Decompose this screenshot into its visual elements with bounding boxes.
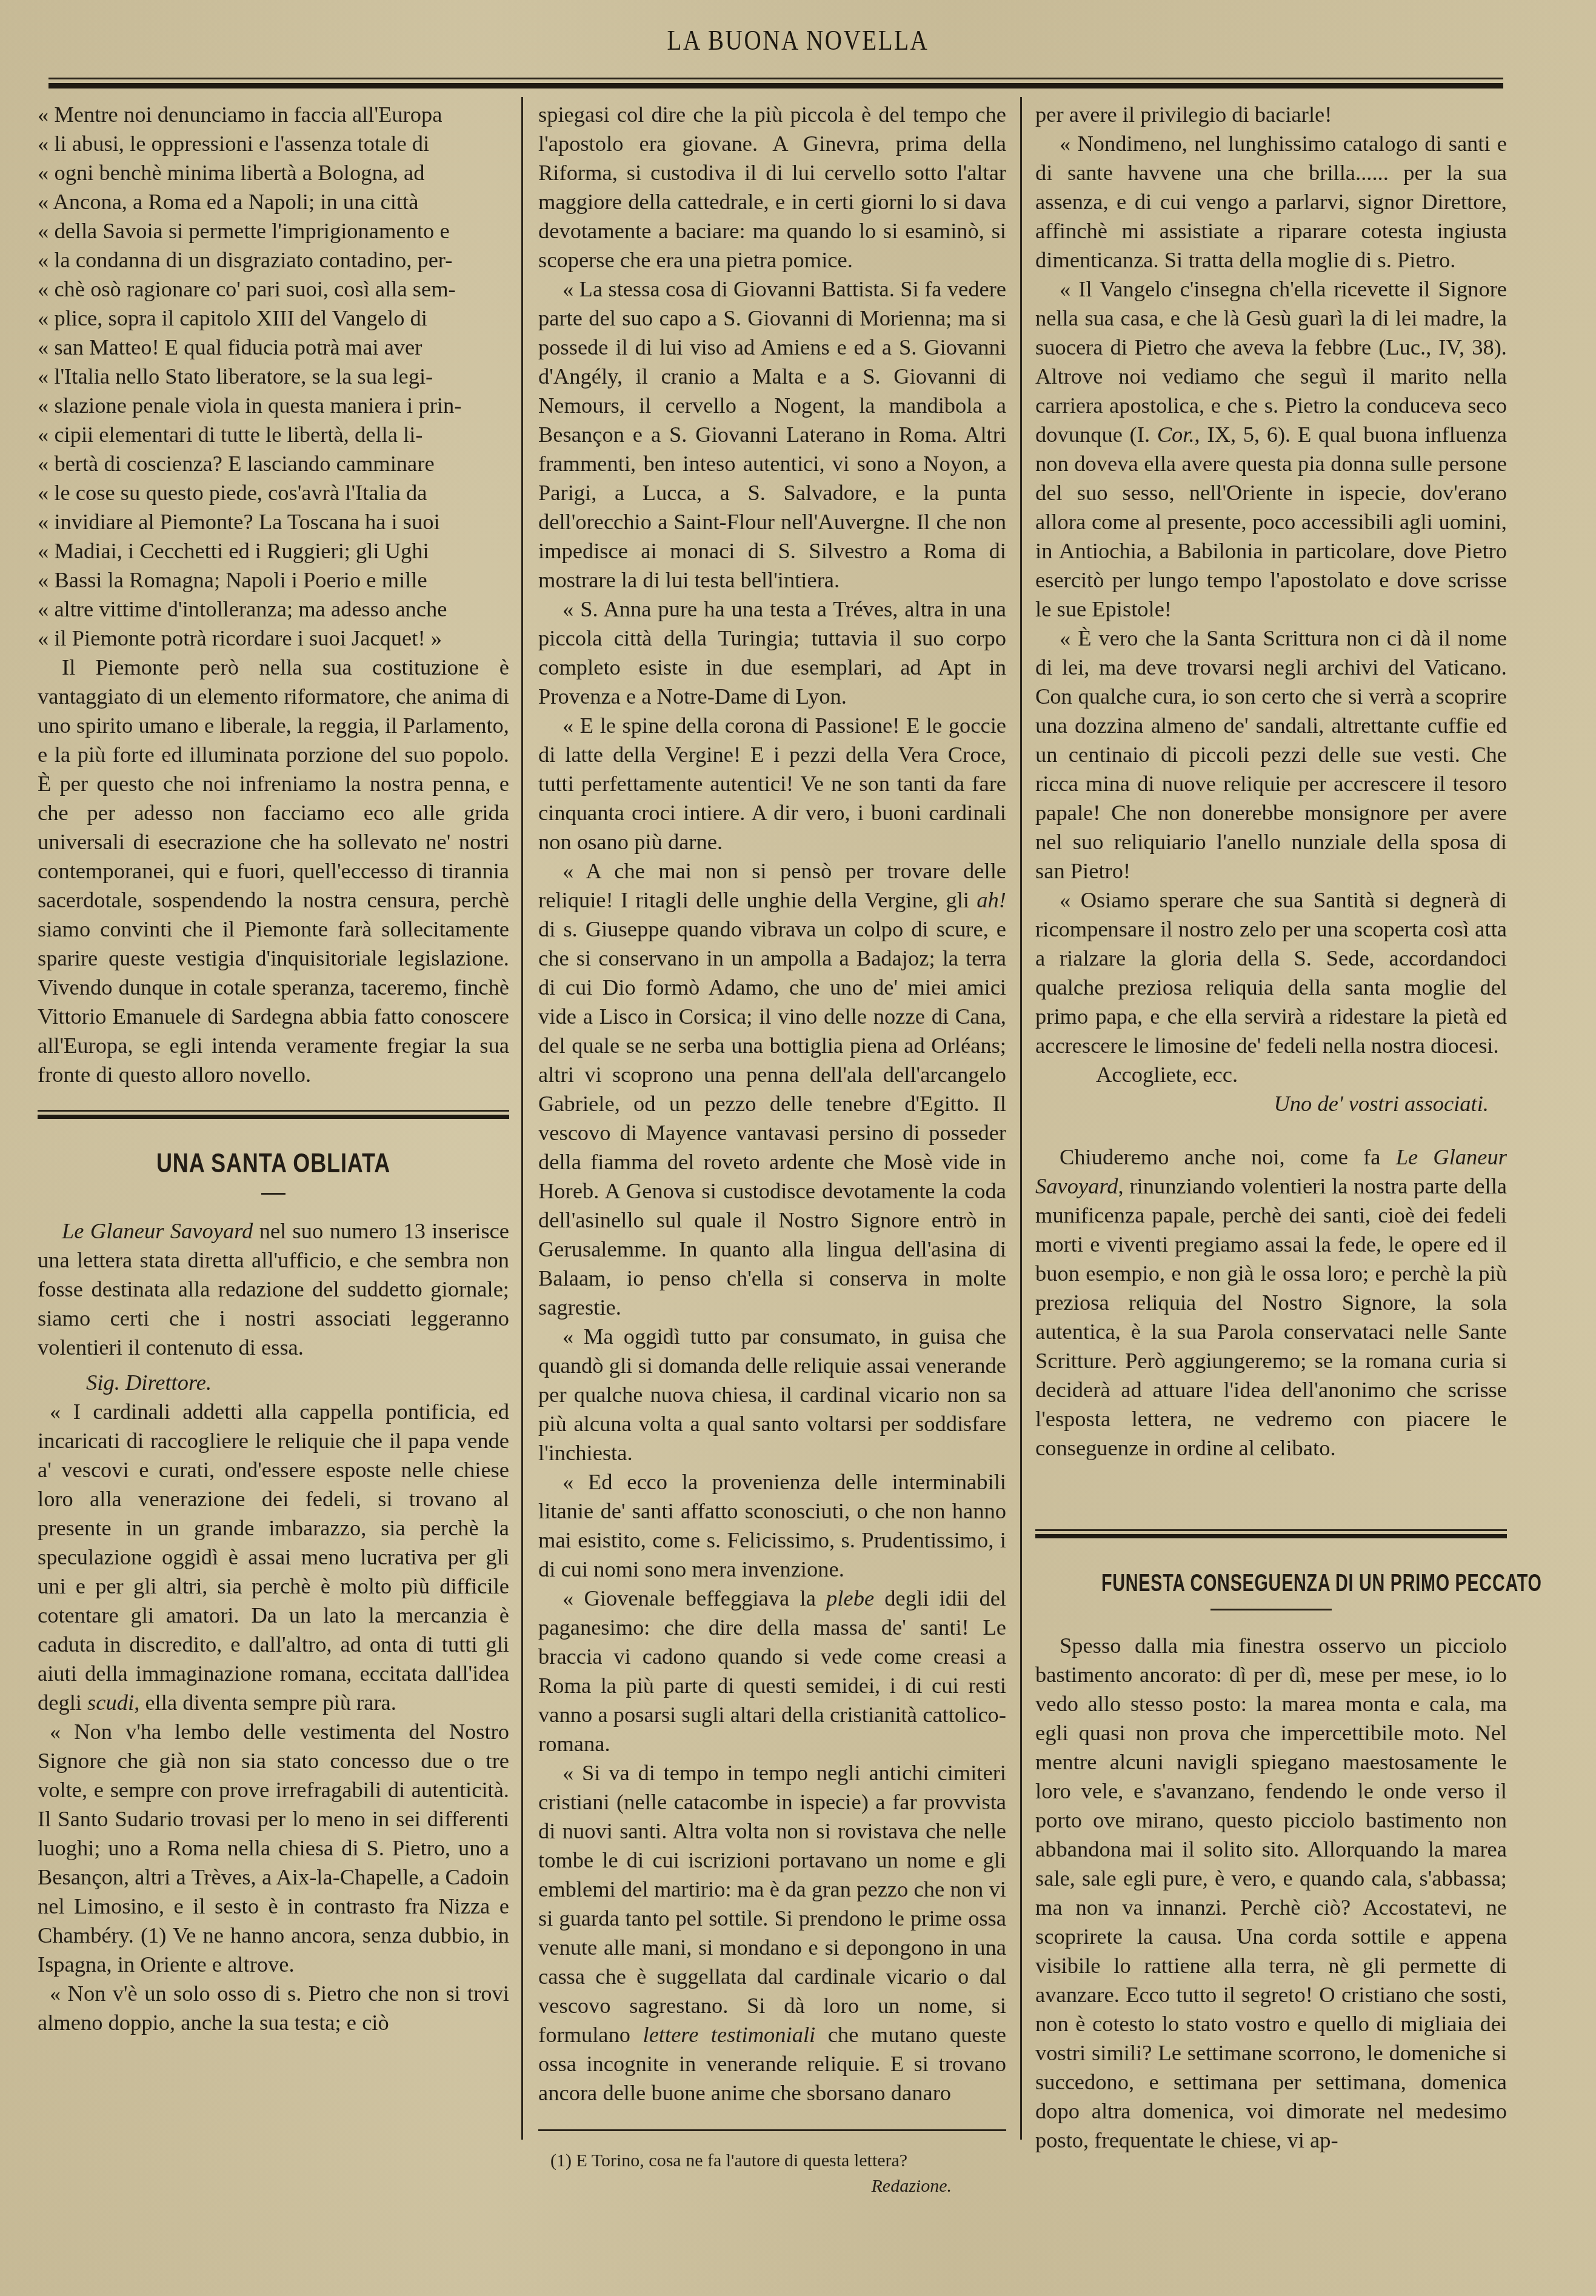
letter-paragraph: « Nondimeno, nel lunghissimo catalogo di…	[1035, 129, 1507, 275]
quote-line: « slazione penale viola in questa manier…	[38, 391, 509, 420]
letter-paragraph: « Giovenale beffeggiava la plebe degli i…	[538, 1584, 1006, 1758]
quote-line: « chè osò ragionare co' pari suoi, così …	[38, 275, 509, 304]
letter-paragraph: « Non v'ha lembo delle vestimenta del No…	[38, 1717, 509, 1979]
footnote-signature: Redazione.	[538, 2174, 1006, 2199]
quoted-passage: « Mentre noi denunciamo in faccia all'Eu…	[38, 100, 509, 653]
spacer	[1035, 1118, 1507, 1143]
column-middle: spiegasi col dire che la più piccola è d…	[538, 100, 1006, 2199]
quote-line: « plice, sopra il capitolo XIII del Vang…	[38, 304, 509, 333]
letter-paragraph: « A che mai non si pensò per trovare del…	[538, 856, 1006, 1322]
letter-paragraph: per avere il privilegio di baciarle!	[1035, 100, 1507, 129]
article-paragraph: Spesso dalla mia finestra osservo un pic…	[1035, 1631, 1507, 2155]
quote-line: « Mentre noi denunciamo in faccia all'Eu…	[38, 100, 509, 129]
letter-paragraph: « Osiamo sperare che sua Santità si degn…	[1035, 886, 1507, 1060]
quote-line: « cipii elementari di tutte le libertà, …	[38, 420, 509, 449]
quote-line: « li abusi, le oppressioni e l'assenza t…	[38, 129, 509, 158]
quote-line: « san Matteo! E qual fiducia potrà mai a…	[38, 333, 509, 362]
letter-paragraph: « Ma oggidì tutto par consumato, in guis…	[538, 1322, 1006, 1467]
quote-line: « della Savoia si permette l'imprigionam…	[38, 216, 509, 245]
letter-paragraph: « Il Vangelo c'insegna ch'ella ricevette…	[1035, 275, 1507, 624]
letter-closing: Accogliete, ecc.	[1035, 1060, 1507, 1089]
article-title: UNA SANTA OBLIATA	[80, 1147, 467, 1181]
editorial-paragraph: Chiuderemo anche noi, come fa Le Glaneur…	[1035, 1143, 1507, 1463]
quote-line: « Madiai, i Cecchetti ed i Ruggieri; gli…	[38, 536, 509, 566]
title-underline	[1210, 1609, 1332, 1610]
quote-line: « Bassi la Romagna; Napoli i Poerio e mi…	[38, 566, 509, 595]
article-intro: Le Glaneur Savoyard nel suo numero 13 in…	[38, 1216, 509, 1362]
letter-paragraph: « Si va di tempo in tempo negli antichi …	[538, 1758, 1006, 2107]
quote-line: « le cose su questo piede, cos'avrà l'It…	[38, 478, 509, 507]
section-rule	[1035, 1529, 1507, 1538]
quote-line: « bertà di coscienza? E lasciando cammin…	[38, 449, 509, 478]
quote-line: « invidiare al Piemonte? La Toscana ha i…	[38, 507, 509, 536]
article-title: FUNESTA CONSEGUENZA DI UN PRIMO PECCATO	[1101, 1566, 1441, 1600]
letter-paragraph: « I cardinali addetti alla cappella pont…	[38, 1397, 509, 1717]
letter-paragraph: spiegasi col dire che la più piccola è d…	[538, 100, 1006, 275]
letter-paragraph: « La stessa cosa di Giovanni Battista. S…	[538, 275, 1006, 595]
column-left: « Mentre noi denunciamo in faccia all'Eu…	[38, 100, 509, 2037]
letter-paragraph: « È vero che la Santa Scrittura non ci d…	[1035, 624, 1507, 886]
masthead-rule	[48, 78, 1503, 88]
letter-signature: Uno de' vostri associati.	[1035, 1089, 1507, 1118]
quote-line: « altre vittime d'intolleranza; ma adess…	[38, 595, 509, 624]
footnote: (1) E Torino, cosa ne fa l'autore di que…	[538, 2148, 1006, 2174]
quote-line: « l'Italia nello Stato liberatore, se la…	[38, 362, 509, 391]
paragraph: Il Piemonte però nella sua costituzione …	[38, 653, 509, 1089]
quote-line: « il Piemonte potrà ricordare i suoi Jac…	[38, 624, 509, 653]
letter-paragraph: « Ed ecco la provenienza delle intermina…	[538, 1467, 1006, 1584]
column-right: per avere il privilegio di baciarle! « N…	[1035, 100, 1507, 2155]
quote-line: « la condanna di un disgraziato contadin…	[38, 245, 509, 275]
letter-paragraph: « E le spine della corona di Passione! E…	[538, 711, 1006, 856]
column-divider-right	[1020, 97, 1022, 2140]
section-rule	[38, 1110, 509, 1119]
letter-paragraph: « S. Anna pure ha una testa a Tréves, al…	[538, 595, 1006, 711]
masthead-title: LA BUONA NOVELLA	[119, 24, 1476, 56]
publication-name: Le Glaneur Savoyard	[62, 1218, 253, 1243]
letter-paragraph: « Non v'è un solo osso di s. Pietro che …	[38, 1979, 509, 2037]
quote-line: « Ancona, a Roma ed a Napoli; in una cit…	[38, 187, 509, 216]
quote-line: « ogni benchè minima libertà a Bologna, …	[38, 158, 509, 187]
footnote-rule	[538, 2129, 1006, 2131]
title-ornament	[261, 1193, 285, 1195]
column-divider-left	[521, 97, 523, 2140]
letter-salutation: Sig. Direttore.	[38, 1368, 509, 1397]
